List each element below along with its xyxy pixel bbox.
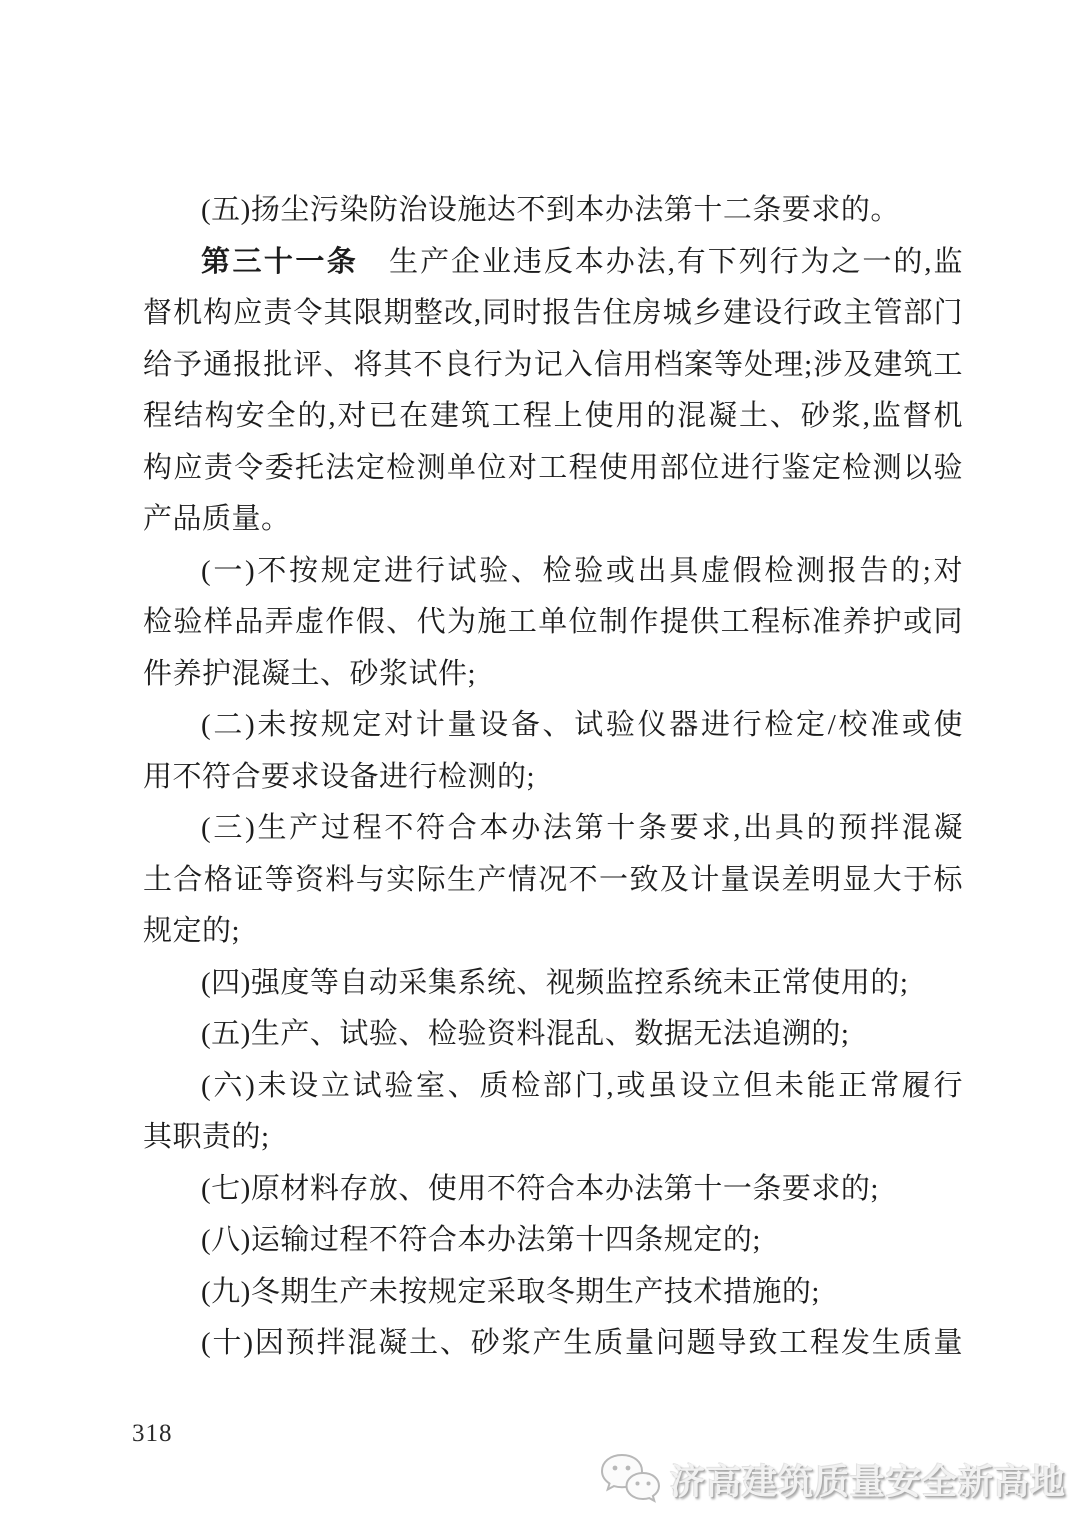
document-line: 构应责令委托法定检测单位对工程使用部位进行鉴定检测以验证 [143,443,963,495]
document-line: (四)强度等自动采集系统、视频监控系统未正常使用的; [143,958,963,1010]
article-heading: 第三十一条 [201,246,358,278]
document-line: 程结构安全的,对已在建筑工程上使用的混凝土、砂浆,监督机 [143,391,963,443]
document-line: (十)因预拌混凝土、砂浆产生质量问题导致工程发生质量 [143,1318,963,1370]
document-line: 督机构应责令其限期整改,同时报告住房城乡建设行政主管部门 [143,288,963,340]
document-line: (三)生产过程不符合本办法第十条要求,出具的预拌混凝 [143,803,963,855]
page-number: 318 [132,1420,173,1448]
document-line: (六)未设立试验室、质检部门,或虽设立但未能正常履行 [143,1061,963,1113]
document-line: (一)不按规定进行试验、检验或出具虚假检测报告的;对 [143,546,963,598]
document-line: 规定的; [143,906,963,958]
watermark: 济高建筑质量安全新高地 [598,1451,1066,1509]
document-line: 用不符合要求设备进行检测的; [143,752,963,804]
document-line: (九)冬期生产未按规定采取冬期生产技术措施的; [143,1267,963,1319]
document-line: (七)原材料存放、使用不符合本办法第十一条要求的; [143,1164,963,1216]
watermark-text: 济高建筑质量安全新高地 [670,1455,1066,1505]
document-page: (五)扬尘污染防治设施达不到本办法第十二条要求的。第三十一条 生产企业违反本办法… [0,0,1080,1527]
document-line: 检验样品弄虚作假、代为施工单位制作提供工程标准养护或同条 [143,597,963,649]
text-block: (五)扬尘污染防治设施达不到本办法第十二条要求的。第三十一条 生产企业违反本办法… [143,185,963,1370]
document-line: 件养护混凝土、砂浆试件; [143,649,963,701]
document-line: 其职责的; [143,1112,963,1164]
wechat-icon [598,1451,662,1509]
document-line: (八)运输过程不符合本办法第十四条规定的; [143,1215,963,1267]
document-line: 产品质量。 [143,494,963,546]
document-line: (二)未按规定对计量设备、试验仪器进行检定/校准或使 [143,700,963,752]
document-line: (五)生产、试验、检验资料混乱、数据无法追溯的; [143,1009,963,1061]
document-line: 土合格证等资料与实际生产情况不一致及计量误差明显大于标准 [143,855,963,907]
document-line: 第三十一条 生产企业违反本办法,有下列行为之一的,监 [143,237,963,289]
document-line: (五)扬尘污染防治设施达不到本办法第十二条要求的。 [143,185,963,237]
document-line: 给予通报批评、将其不良行为记入信用档案等处理;涉及建筑工 [143,340,963,392]
